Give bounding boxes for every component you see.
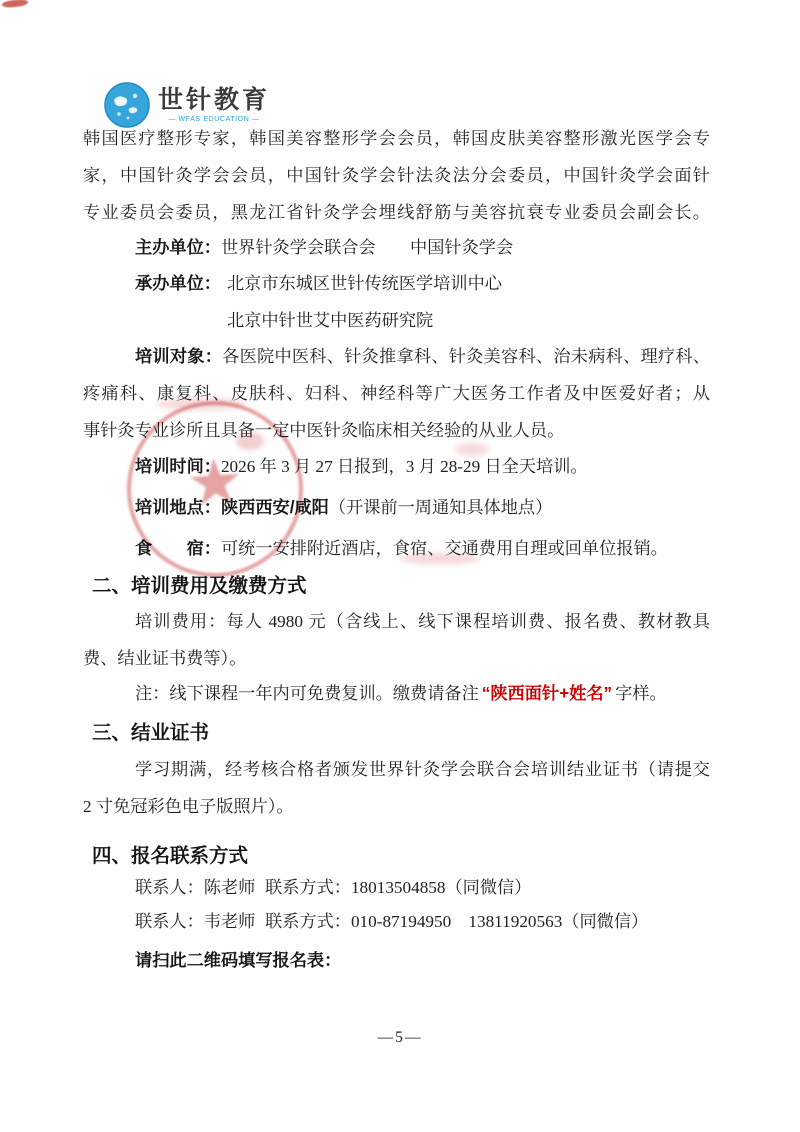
audience-line-2: 疼痛科、康复科、皮肤科、妇科、神经科等广大医务工作者及中医爱好者；从 [83, 375, 710, 412]
training-location-label: 培训地点： [135, 497, 221, 517]
audience-paragraph: 培训对象：各医院中医科、针灸推拿科、针灸美容科、治未病科、理疗科、 疼痛科、康复… [83, 338, 710, 449]
co-organizer-line-1: 北京市东城区世针传统医学培训中心 [227, 265, 502, 302]
logo-title: 世针教育 [158, 88, 270, 113]
training-time-row: 培训时间：2026 年 3 月 27 日报到，3 月 28-29 日全天培训。 [135, 448, 715, 485]
intro-line-2: 家，中国针灸学会会员，中国针灸学会针法灸法分会委员，中国针灸学会面针 [83, 157, 710, 194]
co-organizer-label: 承办单位： [135, 265, 221, 339]
training-location-note: （开课前一周通知具体地点） [329, 498, 552, 517]
contact-row-1: 联系人：陈老师 联系方式：18013504858（同微信） [135, 869, 715, 906]
audience-label: 培训对象： [135, 346, 222, 366]
co-organizer-line-2: 北京中针世艾中医药研究院 [227, 302, 502, 339]
qr-prompt-row: 请扫此二维码填写报名表： [135, 942, 715, 979]
contact-1-method-label: 联系方式： [265, 878, 351, 897]
contact-2-person-label: 联系人： [135, 912, 204, 931]
fee-line-2: 费、结业证书费等）。 [83, 640, 710, 677]
training-location-row: 培训地点：陕西西安/咸阳（开课前一周通知具体地点） [135, 489, 715, 526]
fee-note-suffix: 字样。 [615, 684, 667, 703]
contact-2-person: 韦老师 [204, 912, 256, 931]
audience-line-3: 事针灸专业诊所且具备一定中医针灸临床相关经验的从业人员。 [83, 412, 710, 449]
contact-2-method-label: 联系方式： [265, 912, 351, 931]
intro-line-3: 专业委员会委员，黑龙江省针灸学会埋线舒筋与美容抗衰专业委员会副会长。 [83, 194, 710, 231]
fee-line-1: 培训费用：每人 4980 元（含线上、线下课程培训费、报名费、教材教具 [83, 603, 710, 640]
organizer-value: 世界针灸学会联合会 中国针灸学会 [221, 238, 513, 257]
lodging-row: 食 宿：可统一安排附近酒店，食宿、交通费用自理或回单位报销。 [135, 530, 715, 567]
audience-line-1: 培训对象：各医院中医科、针灸推拿科、针灸美容科、治未病科、理疗科、 [83, 338, 710, 375]
organizer-label: 主办单位： [135, 237, 221, 257]
scan-artifact-mark [2, 0, 29, 8]
section-2-heading: 二、培训费用及缴费方式 [92, 568, 712, 605]
section-3-heading: 三、结业证书 [92, 715, 712, 752]
lodging-label: 食 宿： [135, 538, 221, 558]
qr-prompt: 请扫此二维码填写报名表： [135, 950, 341, 970]
contact-1-method: 18013504858（同微信） [351, 878, 531, 897]
audience-line-1-text: 各医院中医科、针灸推拿科、针灸美容科、治未病科、理疗科、 [222, 347, 710, 366]
page-number: —5— [0, 1026, 800, 1050]
contact-2-method: 010-87194950 13811920563（同微信） [351, 912, 648, 931]
contact-row-2: 联系人：韦老师 联系方式：010-87194950 13811920563（同微… [135, 903, 715, 940]
contact-1-person: 陈老师 [204, 878, 256, 897]
document-page: 世针教育 — WFAS EDUCATION — 韩国医疗整形专家，韩国美容整形学… [0, 0, 800, 1132]
training-location-value: 陕西西安/咸阳 [221, 497, 329, 517]
contact-1-person-label: 联系人： [135, 878, 204, 897]
certificate-line-1: 学习期满，经考核合格者颁发世界针灸学会联合会培训结业证书（请提交 [83, 751, 710, 788]
intro-paragraph: 韩国医疗整形专家，韩国美容整形学会会员，韩国皮肤美容整形激光医学会专 家，中国针… [83, 120, 710, 231]
fee-note-prefix: 注：线下课程一年内可免费复训。缴费请备注 [135, 684, 479, 703]
training-time-label: 培训时间： [135, 456, 221, 476]
fee-paragraph: 培训费用：每人 4980 元（含线上、线下课程培训费、报名费、教材教具 费、结业… [83, 603, 710, 677]
training-time-value: 2026 年 3 月 27 日报到，3 月 28-29 日全天培训。 [221, 457, 588, 476]
fee-note-highlight: “陕西面针+姓名” [482, 683, 612, 703]
fee-note-row: 注：线下课程一年内可免费复训。缴费请备注“陕西面针+姓名”字样。 [83, 675, 710, 712]
lodging-value: 可统一安排附近酒店，食宿、交通费用自理或回单位报销。 [221, 539, 668, 558]
intro-line-1: 韩国医疗整形专家，韩国美容整形学会会员，韩国皮肤美容整形激光医学会专 [83, 120, 710, 157]
certificate-paragraph: 学习期满，经考核合格者颁发世界针灸学会联合会培训结业证书（请提交 2 寸免冠彩色… [83, 751, 710, 825]
organizer-row: 主办单位：世界针灸学会联合会 中国针灸学会 [135, 229, 715, 266]
co-organizer-row: 承办单位： 北京市东城区世针传统医学培训中心 北京中针世艾中医药研究院 [135, 265, 715, 339]
certificate-line-2: 2 寸免冠彩色电子版照片）。 [83, 788, 710, 825]
